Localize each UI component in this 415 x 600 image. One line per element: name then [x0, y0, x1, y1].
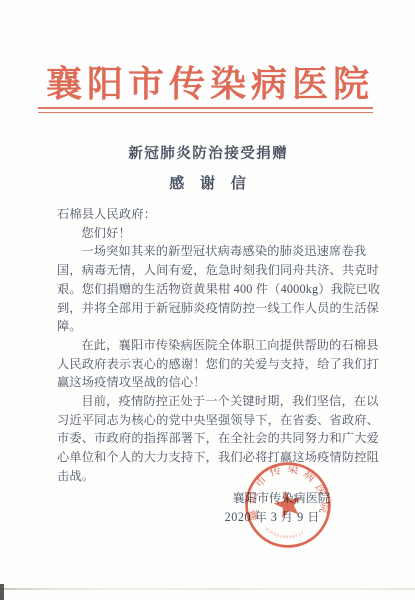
body-line: 习近平同志为核心的党中央坚强领导下，在省委、省政府、: [57, 411, 377, 430]
body-line: 心单位和个人的大力支持下，我们必将打赢这场疫情防控阻: [57, 448, 377, 467]
body-line: 市委、市政府的指挥部署下，在全社会的共同努力和广大爱: [57, 429, 377, 448]
body-line: 赢这场疫情攻坚战的信心！: [57, 373, 377, 392]
body-line: 在此，襄阳市传染病医院全体职工向提供帮助的石棉县: [57, 336, 377, 355]
body-line: 国，病毒无情，人间有爱，危急时刻我们同舟共济、共克时: [57, 261, 377, 280]
body-line: 击战。: [57, 467, 377, 486]
scan-edge-bottom: [0, 588, 415, 590]
body-line: 到，并将全部用于新冠肺炎疫情防控一线工作人员的生活保: [57, 299, 377, 318]
signature-date: 2020 年 3 月 9 日: [0, 508, 330, 527]
letterhead-title: 襄阳市传染病医院: [0, 56, 415, 107]
signature-block: 襄阳市传染病医院 2020 年 3 月 9 日: [0, 489, 330, 527]
body-line: 人民政府表示衷心的感谢！您们的关爱与支持，给了我们打: [57, 355, 377, 374]
letterhead-divider: [38, 107, 373, 113]
body-line: 一场突如其来的新型冠状病毒感染的肺炎迅速席卷我: [57, 242, 377, 261]
body-line: 石棉县人民政府：: [57, 205, 377, 224]
scan-corner-mark: [0, 584, 4, 600]
signature-org: 襄阳市传染病医院: [0, 489, 330, 508]
scanned-letter-page: 襄阳市传染病医院 新冠肺炎防治接受捐赠 感 谢 信 石棉县人民政府：您们好！一场…: [0, 0, 415, 600]
body-line: 您们好！: [57, 224, 377, 243]
letter-body: 石棉县人民政府：您们好！一场突如其来的新型冠状病毒感染的肺炎迅速席卷我国，病毒无…: [57, 205, 377, 486]
body-line: 艰。您们捐赠的生活物资黄果柑 400 件（4000kg）我院已收: [57, 280, 377, 299]
doc-title: 感 谢 信: [0, 172, 415, 193]
body-line: 障。: [57, 317, 377, 336]
body-line: 目前，疫情防控正处于一个关键时期，我们坚信，在以: [57, 392, 377, 411]
doc-subtitle: 新冠肺炎防治接受捐赠: [0, 142, 415, 163]
